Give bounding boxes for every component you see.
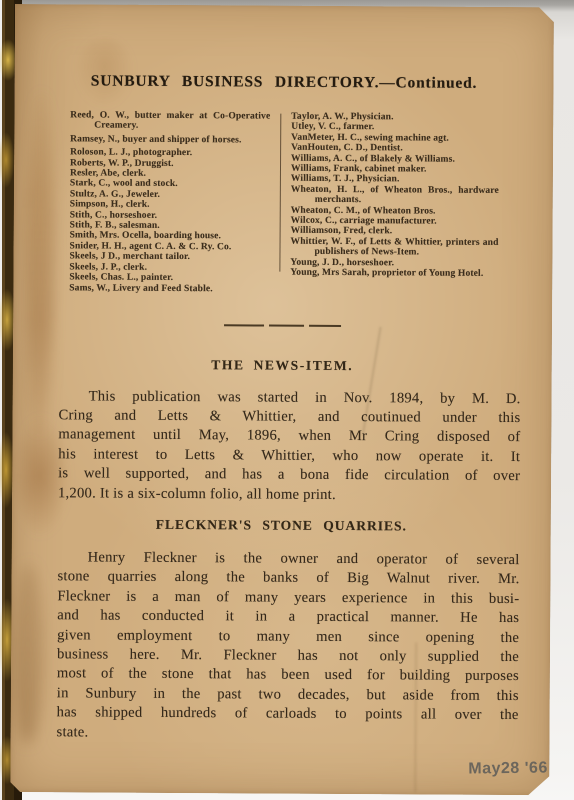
paragraph-line: most of the stone that has been used for…	[57, 665, 519, 687]
page-title: SUNBURY BUSINESS DIRECTORY.—Continued.	[14, 72, 553, 93]
paragraph-line: is well supported, and has a bona fide c…	[58, 464, 520, 486]
directory-entry: Skeels, Chas. L., painter.	[69, 272, 269, 284]
date-stamp: May28 '66	[468, 760, 548, 779]
fleckner-heading: FLECKNER'S STONE QUARRIES.	[12, 516, 551, 535]
directory-entry: Wheaton, H. L., of Wheaton Bros., hardwa…	[291, 185, 499, 207]
directory-entry: Whittier, W. F., of Letts & Whittier, pr…	[290, 237, 498, 259]
news-item-heading: THE NEWS-ITEM.	[13, 355, 552, 374]
paragraph-line: and has conducted it in a practical mann…	[57, 606, 519, 628]
news-item-paragraph: This publication was started in Nov. 189…	[58, 387, 521, 506]
photo-background: SUNBURY BUSINESS DIRECTORY.—Continued. R…	[0, 0, 574, 800]
book-page: SUNBURY BUSINESS DIRECTORY.—Continued. R…	[10, 4, 554, 795]
page-content: SUNBURY BUSINESS DIRECTORY.—Continued. R…	[10, 4, 554, 795]
paragraph-line: 1,200. It is a six-column folio, all hom…	[58, 484, 520, 506]
section-divider-rule	[13, 323, 552, 328]
directory-entry: Reed, O. W., butter maker at Co-Operativ…	[70, 110, 270, 132]
directory-left-column: Reed, O. W., butter maker at Co-Operativ…	[69, 110, 270, 294]
fleckner-paragraph: Henry Fleckner is the owner and operator…	[56, 548, 519, 745]
directory-right-column: Taylor, A. W., Physician.Utley, V. C., f…	[290, 112, 499, 296]
business-directory: Reed, O. W., butter maker at Co-Operativ…	[69, 110, 553, 296]
directory-entry: Ramsey, N., buyer and shipper of horses.	[70, 134, 270, 146]
column-divider-rule	[279, 114, 281, 272]
paragraph-line: has shipped hundreds of carloads to poin…	[57, 703, 519, 725]
directory-entry: VanHouten, C. D., Dentist.	[291, 143, 499, 155]
paragraph-line: management until May, 1896, when Mr Crin…	[58, 426, 520, 448]
directory-entry: Skeels, J D., merchant tailor.	[69, 252, 269, 264]
paragraph-line: state.	[56, 723, 518, 745]
directory-entry: Sams, W., Livery and Feed Stable.	[69, 283, 269, 295]
directory-entry: Young, Mrs Sarah, proprietor of Young Ho…	[290, 268, 498, 280]
paragraph-line: stone quarries along the banks of Big Wa…	[57, 568, 519, 590]
paragraph-line: This publication was started in Nov. 189…	[59, 387, 521, 409]
directory-entry: Simpson, H., clerk.	[70, 200, 270, 212]
directory-entry: Roloson, L. J., photographer.	[70, 148, 270, 160]
